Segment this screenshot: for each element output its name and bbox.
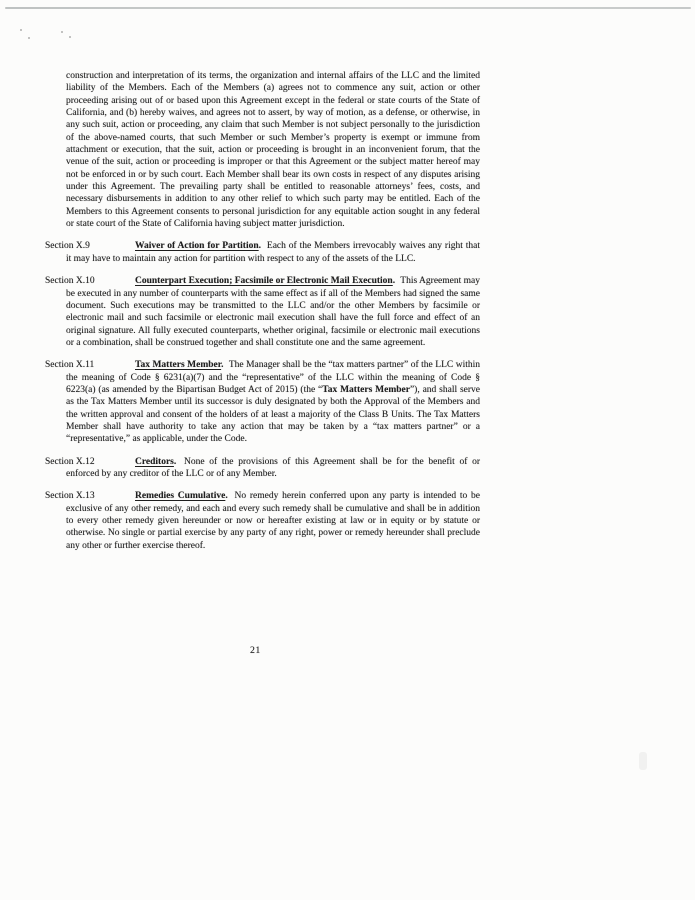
section-heading-period: . (174, 457, 176, 467)
section-x9: Section X.9Waiver of Action for Partitio… (66, 240, 480, 265)
section-label: Section X.11 (45, 359, 135, 371)
scan-speck (28, 37, 30, 39)
section-heading-period: . (393, 276, 395, 286)
section-heading: Remedies Cumulative (135, 491, 225, 501)
section-heading-period: . (225, 491, 227, 501)
defined-term-tax-matters-member: Tax Matters Member (322, 385, 410, 395)
continuation-paragraph: construction and interpretation of its t… (66, 70, 480, 230)
section-heading: Waiver of Action for Partition (135, 241, 259, 251)
section-heading: Creditors (135, 457, 174, 467)
section-heading: Tax Matters Member (135, 360, 221, 370)
page-number: 21 (250, 645, 261, 656)
section-x12: Section X.12Creditors. None of the provi… (66, 456, 480, 481)
scan-speck (61, 31, 63, 33)
section-heading-period: . (221, 360, 223, 370)
scan-smudge (639, 752, 647, 770)
section-label: Section X.9 (45, 240, 135, 252)
section-x11: Section X.11Tax Matters Member. The Mana… (66, 359, 480, 445)
section-label: Section X.13 (45, 490, 135, 502)
section-x13: Section X.13Remedies Cumulative. No reme… (66, 490, 480, 552)
scan-speck (69, 36, 71, 38)
section-label: Section X.10 (45, 275, 135, 287)
scan-speck (20, 29, 22, 31)
section-x10: Section X.10Counterpart Execution; Facsi… (66, 275, 480, 349)
section-heading: Counterpart Execution; Facsimile or Elec… (135, 276, 393, 286)
scanned-document-page: construction and interpretation of its t… (0, 0, 695, 900)
document-body: construction and interpretation of its t… (66, 70, 480, 552)
section-label: Section X.12 (45, 456, 135, 468)
section-heading-period: . (259, 241, 261, 251)
scan-edge-line (5, 7, 691, 9)
